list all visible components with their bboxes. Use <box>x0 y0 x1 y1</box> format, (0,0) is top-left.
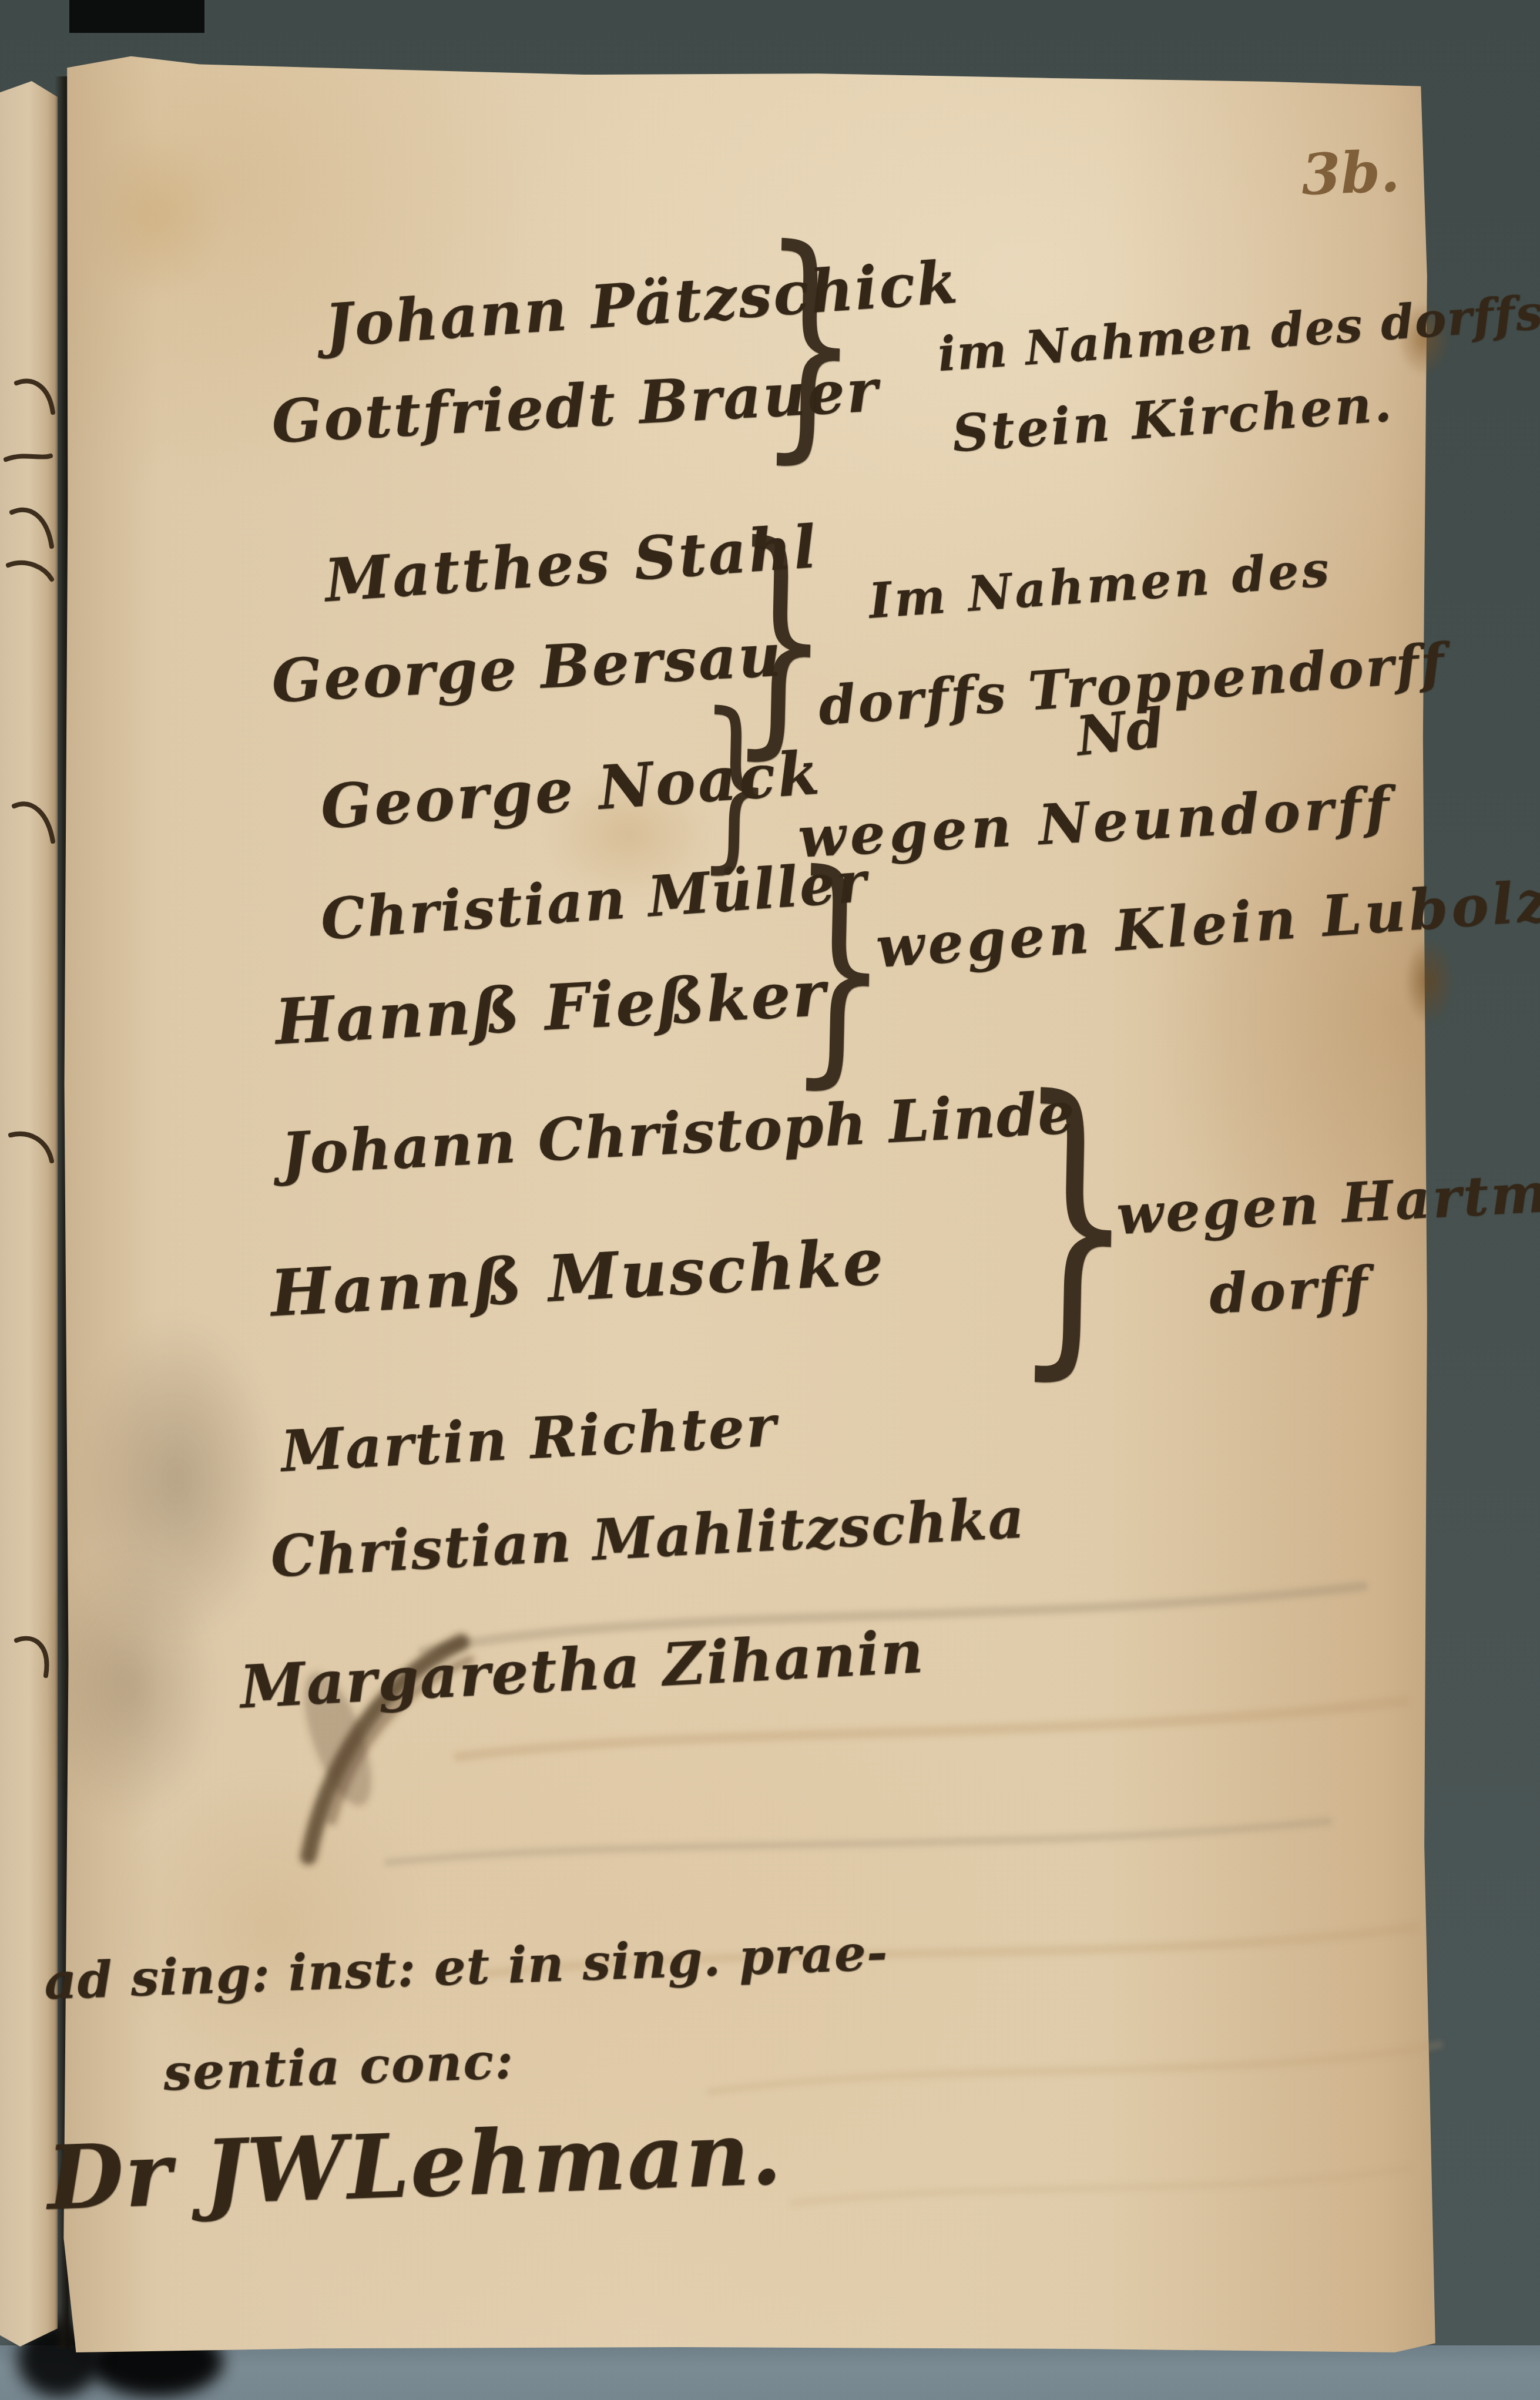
latin-note-line: sentia conc: <box>162 2032 515 2103</box>
group-brace: } <box>757 216 862 468</box>
group-brace: } <box>787 841 891 1093</box>
scanned-manuscript-page: 3b. Johann Pätzschick Gottfriedt Brauer … <box>0 0 1540 2400</box>
superscript-abbreviation: Nd <box>1073 696 1167 768</box>
group-brace: } <box>696 689 775 878</box>
folio-number: 3b. <box>1300 138 1401 208</box>
group-note: dorff <box>1207 1254 1371 1326</box>
previous-page-ink-marks <box>6 381 53 1676</box>
